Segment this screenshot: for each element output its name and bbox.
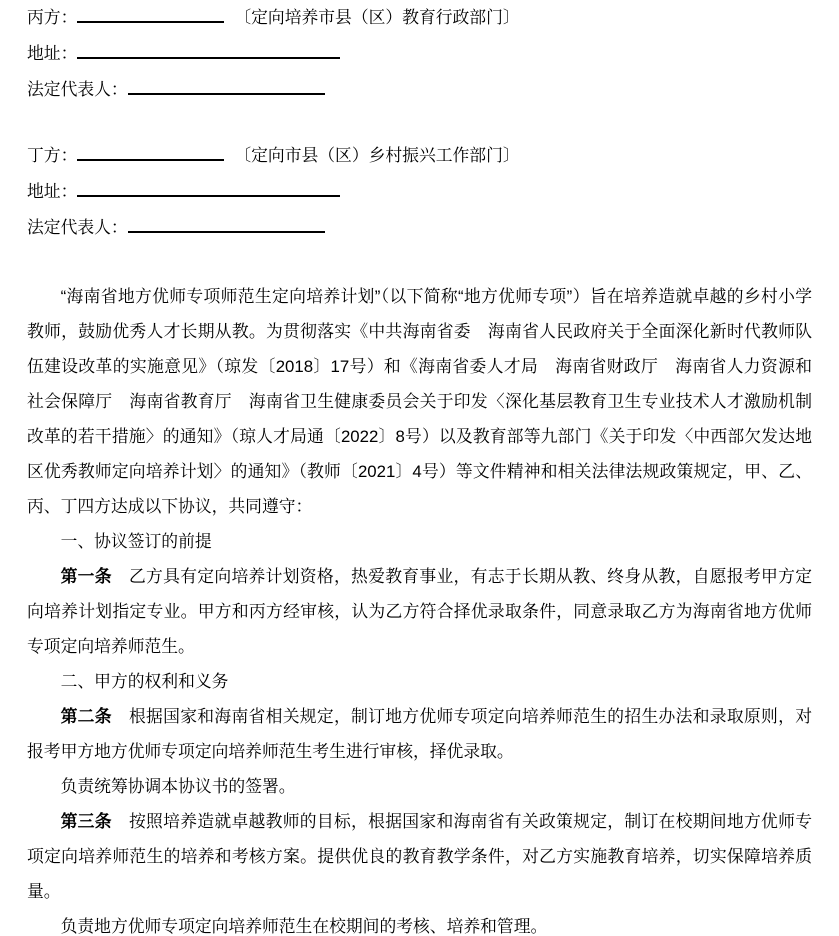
article-1-label: 第一条	[61, 567, 112, 586]
agreement-document: 丙方：〔定向培养市县（区）教育行政部门〕 地址： 法定代表人： 丁方：〔定向市县…	[0, 0, 839, 936]
section-heading-2: 二、甲方的权利和义务	[27, 664, 812, 699]
paragraph-text: 负责统筹协调本协议书的签署。	[61, 777, 296, 796]
paragraph-text: 乙方具有定向培养计划资格，热爱教育事业，有志于长期从教、终身从教，自愿报考甲方定…	[27, 567, 812, 656]
article-3-paragraph: 第三条 按照培养造就卓越教师的目标，根据国家和海南省有关政策规定，制订在校期间地…	[27, 804, 812, 909]
party-label: 丁方：	[27, 146, 77, 165]
address-label: 地址：	[27, 182, 77, 201]
party-name-line: 丙方：〔定向培养市县（区）教育行政部门〕	[27, 0, 812, 36]
address-label: 地址：	[27, 44, 77, 63]
paragraph-text: 按照培养造就卓越教师的目标，根据国家和海南省有关政策规定，制订在校期间地方优师专…	[27, 812, 812, 901]
party-note: 〔定向培养市县（区）教育行政部门〕	[234, 8, 519, 27]
section-heading-1: 一、协议签订的前提	[27, 524, 812, 559]
article-3-label: 第三条	[61, 812, 112, 831]
legal-rep-blank	[128, 214, 325, 233]
legal-rep-label: 法定代表人：	[27, 80, 128, 99]
agreement-body: “海南省地方优师专项师范生定向培养计划”（以下简称“地方优师专项”）旨在培养造就…	[27, 279, 812, 936]
party-note: 〔定向市县（区）乡村振兴工作部门〕	[234, 146, 519, 165]
party-name-blank	[77, 4, 224, 23]
paragraph-text: 根据国家和海南省相关规定，制订地方优师专项定向培养师范生的招生办法和录取原则，对…	[27, 707, 812, 761]
address-line: 地址：	[27, 174, 812, 210]
address-line: 地址：	[27, 36, 812, 72]
party-name-blank	[77, 142, 224, 161]
heading-text: 一、协议签订的前提	[61, 532, 212, 551]
party-label: 丙方：	[27, 8, 77, 27]
preamble-paragraph: “海南省地方优师专项师范生定向培养计划”（以下简称“地方优师专项”）旨在培养造就…	[27, 279, 812, 524]
article-1-paragraph: 第一条 乙方具有定向培养计划资格，热爱教育事业，有志于长期从教、终身从教，自愿报…	[27, 559, 812, 664]
legal-rep-blank	[128, 76, 325, 95]
heading-text: 二、甲方的权利和义务	[61, 672, 229, 691]
legal-rep-line: 法定代表人：	[27, 72, 812, 108]
duty-paragraph-signing: 负责统筹协调本协议书的签署。	[27, 769, 812, 804]
duty-paragraph-management: 负责地方优师专项定向培养师范生在校期间的考核、培养和管理。	[27, 909, 812, 936]
paragraph-text: “海南省地方优师专项师范生定向培养计划”（以下简称“地方优师专项”）旨在培养造就…	[27, 287, 812, 516]
legal-rep-line: 法定代表人：	[27, 210, 812, 246]
party-block-bingfang: 丙方：〔定向培养市县（区）教育行政部门〕 地址： 法定代表人：	[27, 0, 812, 108]
address-blank	[77, 40, 340, 59]
article-2-paragraph: 第二条 根据国家和海南省相关规定，制订地方优师专项定向培养师范生的招生办法和录取…	[27, 699, 812, 769]
article-2-label: 第二条	[61, 707, 112, 726]
paragraph-text: 负责地方优师专项定向培养师范生在校期间的考核、培养和管理。	[61, 917, 548, 936]
party-block-dingfang: 丁方：〔定向市县（区）乡村振兴工作部门〕 地址： 法定代表人：	[27, 138, 812, 246]
party-name-line: 丁方：〔定向市县（区）乡村振兴工作部门〕	[27, 138, 812, 174]
address-blank	[77, 178, 340, 197]
legal-rep-label: 法定代表人：	[27, 218, 128, 237]
